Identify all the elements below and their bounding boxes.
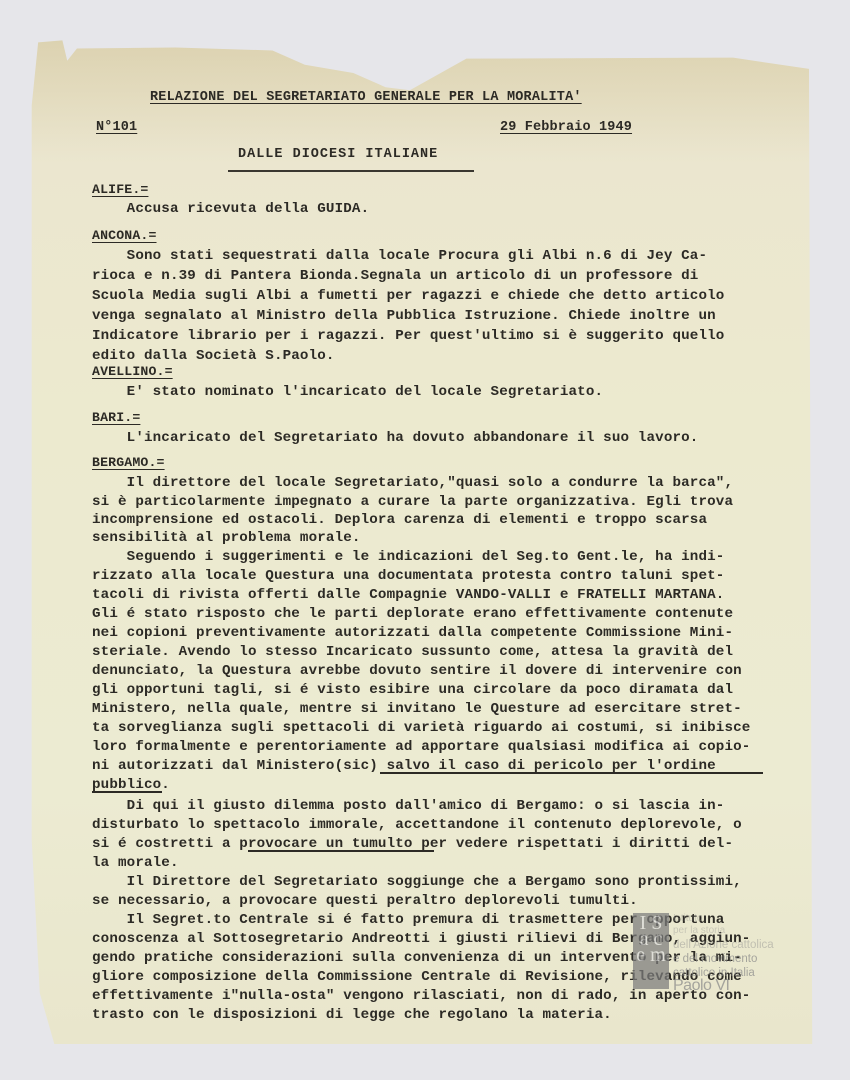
section-line-with-underline: ni autorizzati dal Ministero(sic) salvo …: [92, 757, 716, 777]
section-line: L'incaricato del Segretariato ha dovuto …: [92, 429, 698, 449]
section-line: Accusa ricevuta della GUIDA.: [92, 200, 369, 220]
section-line: venga segnalato al Ministro della Pubbli…: [92, 307, 716, 327]
section-line: Scuola Media sugli Albi a fumetti per ra…: [92, 287, 724, 307]
section-line: loro formalmente e perentoriamente ad ap…: [92, 738, 750, 758]
section-line: nei copioni preventivamente autorizzati …: [92, 624, 733, 644]
watermark-line: Paolo VI: [673, 977, 729, 995]
section-line: si è particolarmente impegnato a curare …: [92, 493, 733, 513]
section-line: incomprensione ed ostacoli. Deplora care…: [92, 511, 707, 531]
document-subtitle: DALLE DIOCESI ITALIANE: [238, 145, 438, 165]
section-line: Seguendo i suggerimenti e le indicazioni…: [92, 548, 724, 568]
section-line: rizzato alla locale Questura una documen…: [92, 567, 724, 587]
institution-watermark: I S a c e m Istituto per la storia dell'…: [633, 913, 813, 993]
section-line: la morale.: [92, 854, 179, 874]
section-line-with-underline: si é costretti a provocare un tumulto pe…: [92, 835, 733, 855]
isacem-logo-icon: I S a c e m: [633, 913, 669, 989]
section-heading-avellino: AVELLINO.=: [92, 362, 173, 382]
section-line: E' stato nominato l'incaricato del local…: [92, 383, 603, 403]
subtitle-underline: [228, 170, 474, 172]
section-line: gli opportuni tagli, si é visto esibire …: [92, 681, 733, 701]
watermark-line: per la storia: [673, 925, 725, 936]
section-line: disturbato lo spettacolo immorale, accet…: [92, 816, 742, 836]
section-line: Di qui il giusto dilemma posto dall'amic…: [92, 797, 724, 817]
document-date: 29 Febbraio 1949: [500, 118, 632, 138]
section-line: Il Direttore del Segretariato soggiunge …: [92, 873, 742, 893]
section-heading-bergamo: BERGAMO.=: [92, 453, 165, 473]
section-line-underlined: pubblico.: [92, 776, 170, 796]
section-line: rioca e n.39 di Pantera Bionda.Segnala u…: [92, 267, 698, 287]
document-header-title: RELAZIONE DEL SEGRETARIATO GENERALE PER …: [150, 88, 582, 108]
watermark-line: Istituto: [673, 913, 702, 924]
section-line: denunciato, la Questura avrebbe dovuto s…: [92, 662, 742, 682]
watermark-line: e del movimento: [673, 953, 757, 965]
section-line: trasto con le disposizioni di legge che …: [92, 1006, 612, 1026]
section-line: steriale. Avendo lo stesso Incaricato su…: [92, 643, 733, 663]
section-line: Ministero, nella quale, mentre si invita…: [92, 700, 742, 720]
section-heading-bari: BARI.=: [92, 408, 140, 428]
section-line: ta sorveglianza sugli spettacoli di vari…: [92, 719, 750, 739]
section-line: tacoli di rivista offerti dalle Compagni…: [92, 586, 724, 606]
section-line: Gli é stato risposto che le parti deplor…: [92, 605, 733, 625]
section-line: Sono stati sequestrati dalla locale Proc…: [92, 247, 707, 267]
section-heading-alife: ALIFE.=: [92, 180, 148, 200]
section-line: Indicatore librario per i ragazzi. Per q…: [92, 327, 724, 347]
document-number: N°101: [96, 118, 137, 138]
underline-pubblico: [92, 791, 162, 793]
watermark-line: dell'Azione cattolica: [673, 939, 774, 951]
section-heading-ancona: ANCONA.=: [92, 226, 157, 246]
section-line: Il Segret.to Centrale si é fatto premura…: [92, 911, 724, 931]
section-line: se necessario, a provocare questi peralt…: [92, 892, 638, 912]
section-line: Il direttore del locale Segretariato,"qu…: [92, 474, 733, 494]
underline-salvo-il-caso: [380, 772, 763, 774]
underline-provocare-un-tumulto: [248, 850, 434, 852]
section-line: sensibilità al problema morale.: [92, 529, 361, 549]
